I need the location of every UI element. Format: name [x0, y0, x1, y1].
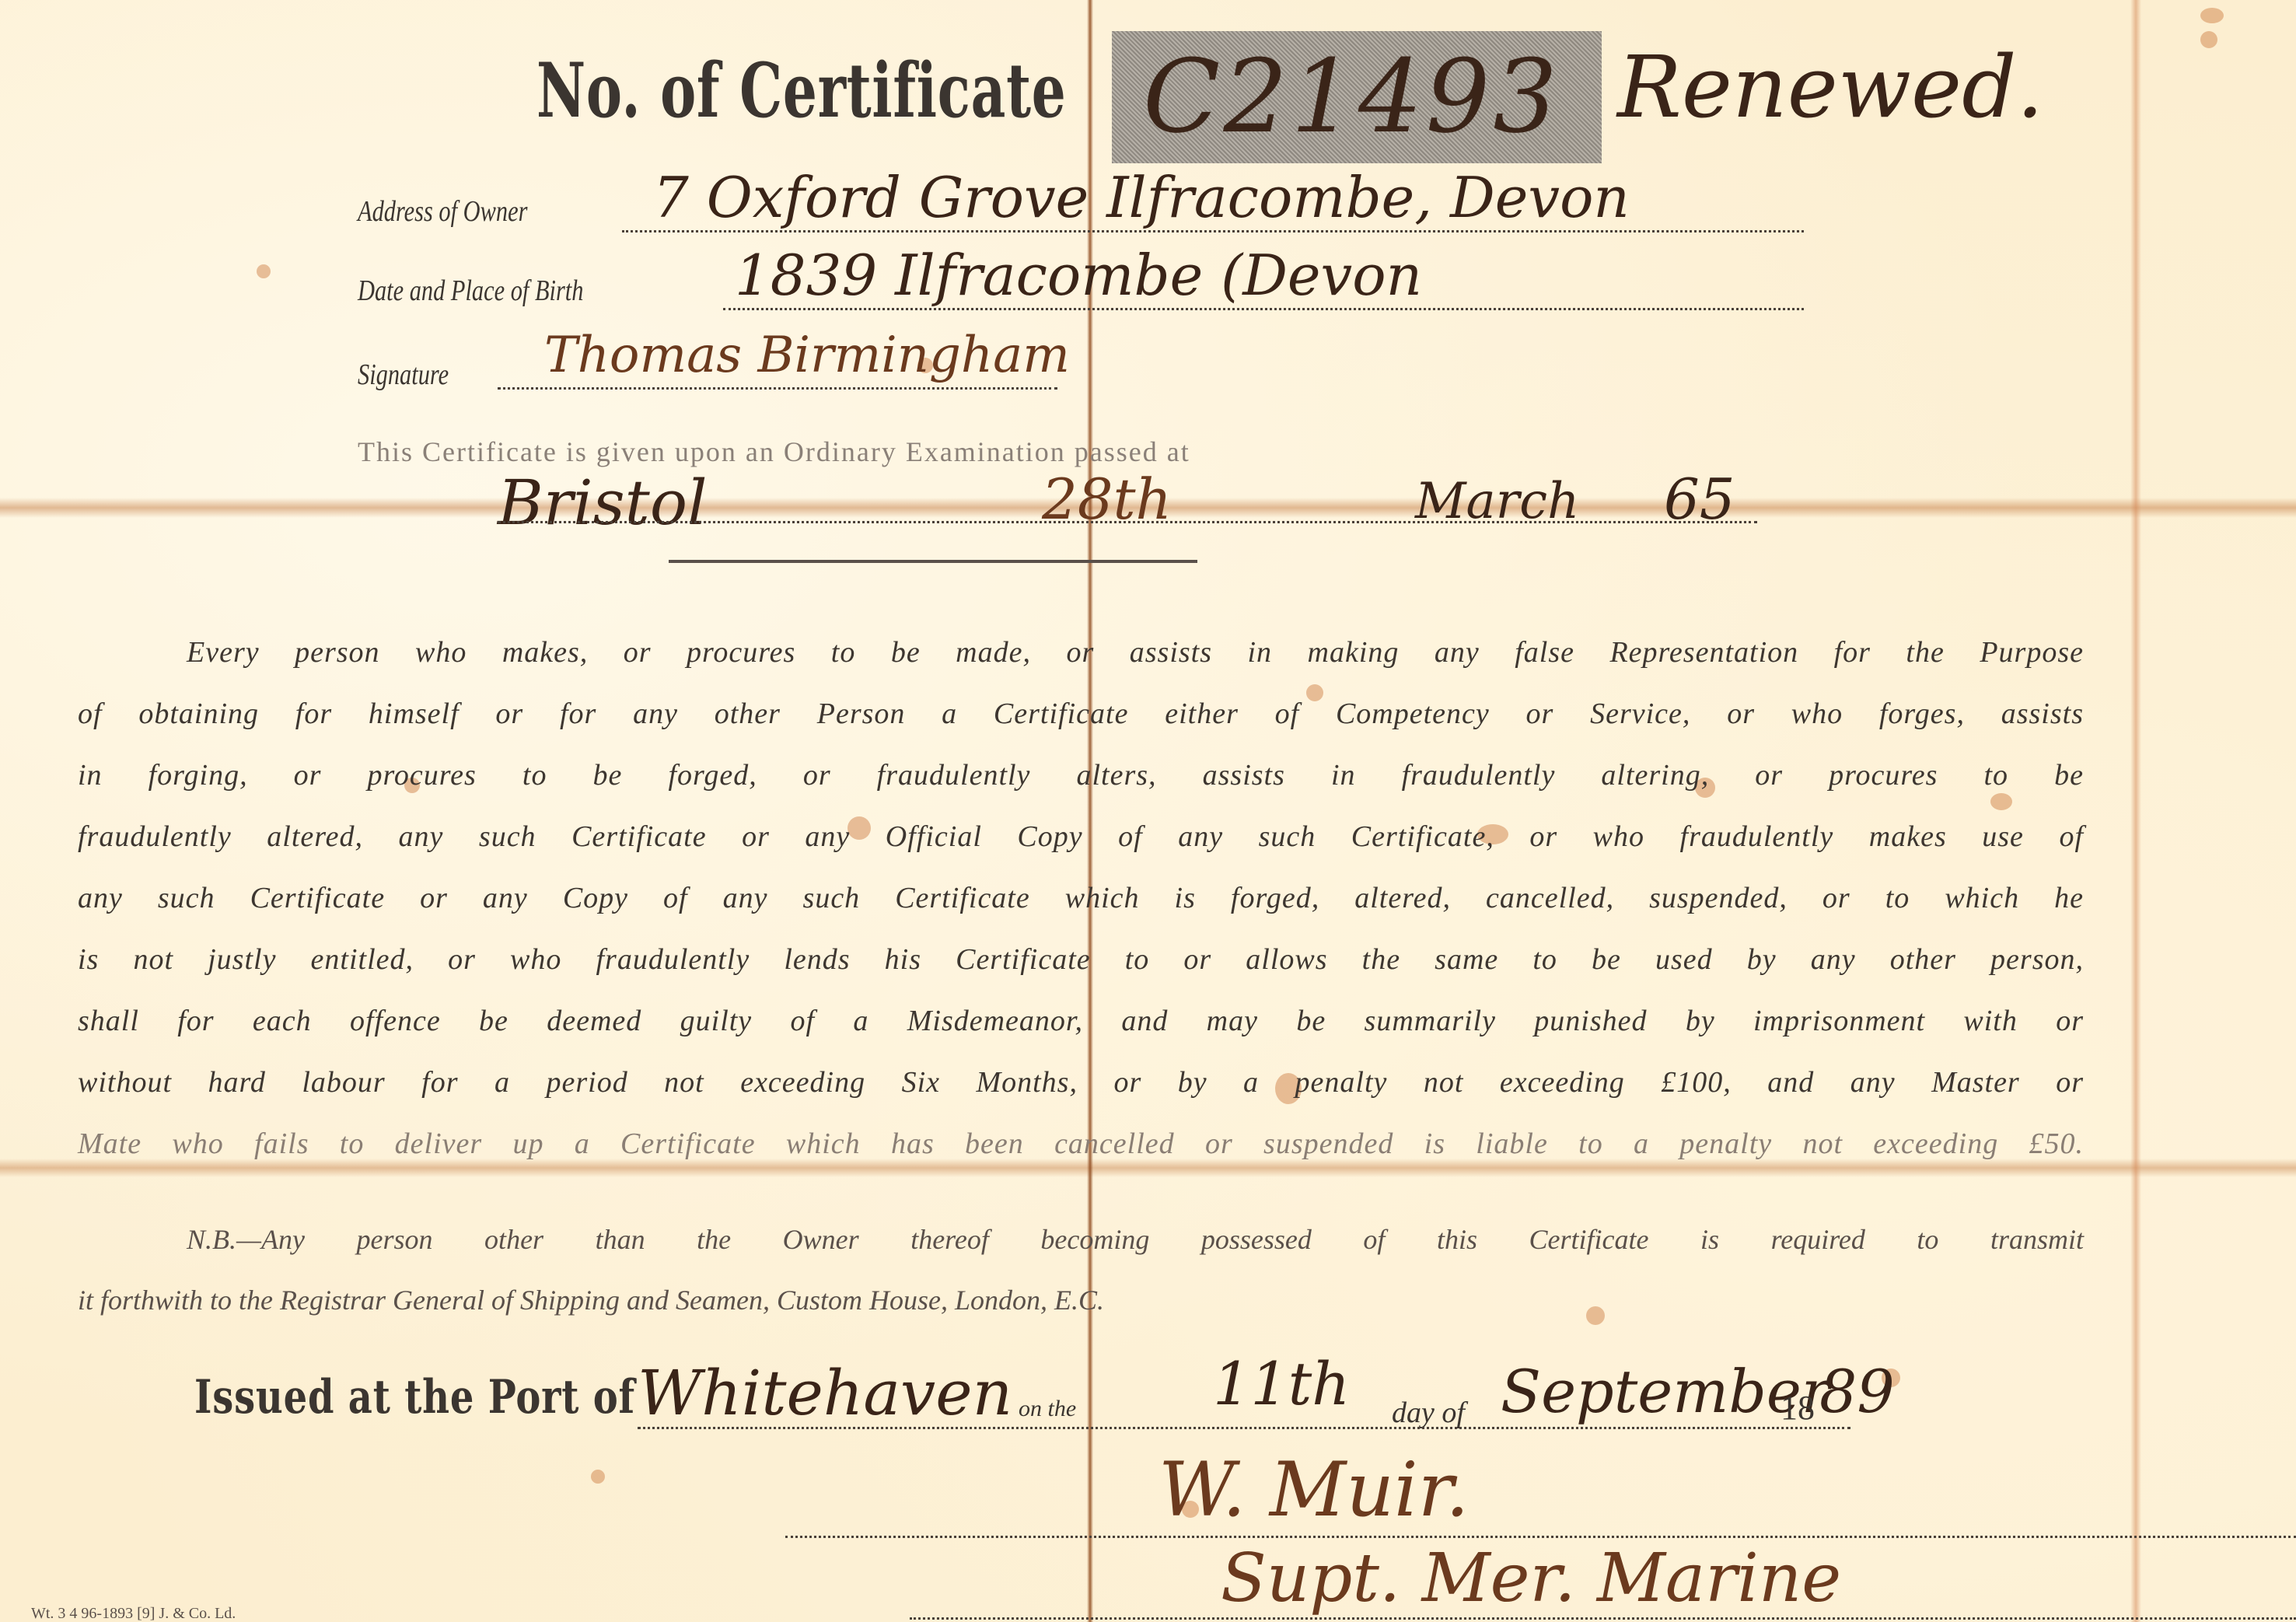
birth-date-place-value: 1839 Ilfracombe (Devon — [735, 243, 1422, 308]
issued-day-of-label: day of — [1392, 1396, 1465, 1430]
issued-on-the-label: on the — [1019, 1396, 1076, 1422]
signatory-title: Supt. Mer. Marine — [1221, 1540, 1841, 1617]
field-dotted-line — [723, 308, 1804, 310]
field-label: Address of Owner — [358, 194, 527, 229]
issued-label: Issued at the Port of — [194, 1370, 635, 1424]
signatory-title-dotted-line — [910, 1617, 2296, 1620]
issued-dotted-line — [638, 1427, 1850, 1429]
signatory-signature: W. Muir. — [1158, 1446, 1470, 1533]
field-signature: Signature — [358, 358, 471, 392]
warning-line: fraudulently altered, any such Certifica… — [78, 806, 2084, 868]
grant-dotted-line — [498, 521, 1757, 523]
field-dotted-line — [498, 387, 1057, 390]
field-date-place-of-birth: Date and Place of Birth — [358, 274, 640, 308]
nb-line: N.B.—Any person other than the Owner the… — [78, 1209, 2084, 1270]
warning-line: shall for each offence be deemed guilty … — [78, 991, 2084, 1052]
field-dotted-line — [622, 230, 1804, 232]
warning-line: of obtaining for himself or for any othe… — [78, 683, 2084, 745]
nb-notice: N.B.—Any person other than the Owner the… — [78, 1209, 2084, 1330]
warning-line: Mate who fails to deliver up a Certifica… — [78, 1113, 2084, 1175]
warning-line: is not justly entitled, or who fraudulen… — [78, 929, 2084, 991]
warning-line: in forging, or procures to be forged, or… — [78, 745, 2084, 806]
certificate-number-label: No. of Certificate — [536, 47, 1081, 135]
nb-line: it forthwith to the Registrar General of… — [78, 1270, 2084, 1330]
issued-year-suffix: 89 — [1819, 1357, 1895, 1426]
grant-rule — [669, 560, 1197, 563]
grant-label: This Certificate is given upon an Ordina… — [358, 435, 1190, 468]
owner-signature: Thomas Birmingham — [544, 327, 1070, 384]
printer-mark: Wt. 3 4 96-1893 [9] J. & Co. Ld. — [31, 1605, 236, 1622]
warning-line: without hard labour for a period not exc… — [78, 1052, 2084, 1113]
field-label: Date and Place of Birth — [358, 274, 583, 308]
warning-line: Every person who makes, or procures to b… — [78, 622, 2084, 683]
field-label: Signature — [358, 358, 449, 392]
issued-year-prefix: 18 — [1781, 1388, 1815, 1428]
issued-day: 11th — [1213, 1349, 1350, 1418]
fold-crease-vertical-right — [2130, 0, 2141, 1622]
warning-line: any such Certificate or any Copy of any … — [78, 868, 2084, 929]
certificate-number: C21493 — [1143, 37, 1560, 156]
penalty-warning-paragraph: Every person who makes, or procures to b… — [78, 622, 2084, 1175]
signatory-dotted-line — [785, 1536, 2296, 1538]
grant-place: Bristol — [498, 467, 708, 539]
owner-address-value: 7 Oxford Grove Ilfracombe, Devon — [653, 165, 1630, 230]
renewed-annotation: Renewed. — [1617, 37, 2044, 137]
field-address-of-owner: Address of Owner — [358, 194, 570, 229]
issued-port: Whitehaven — [638, 1357, 1012, 1429]
